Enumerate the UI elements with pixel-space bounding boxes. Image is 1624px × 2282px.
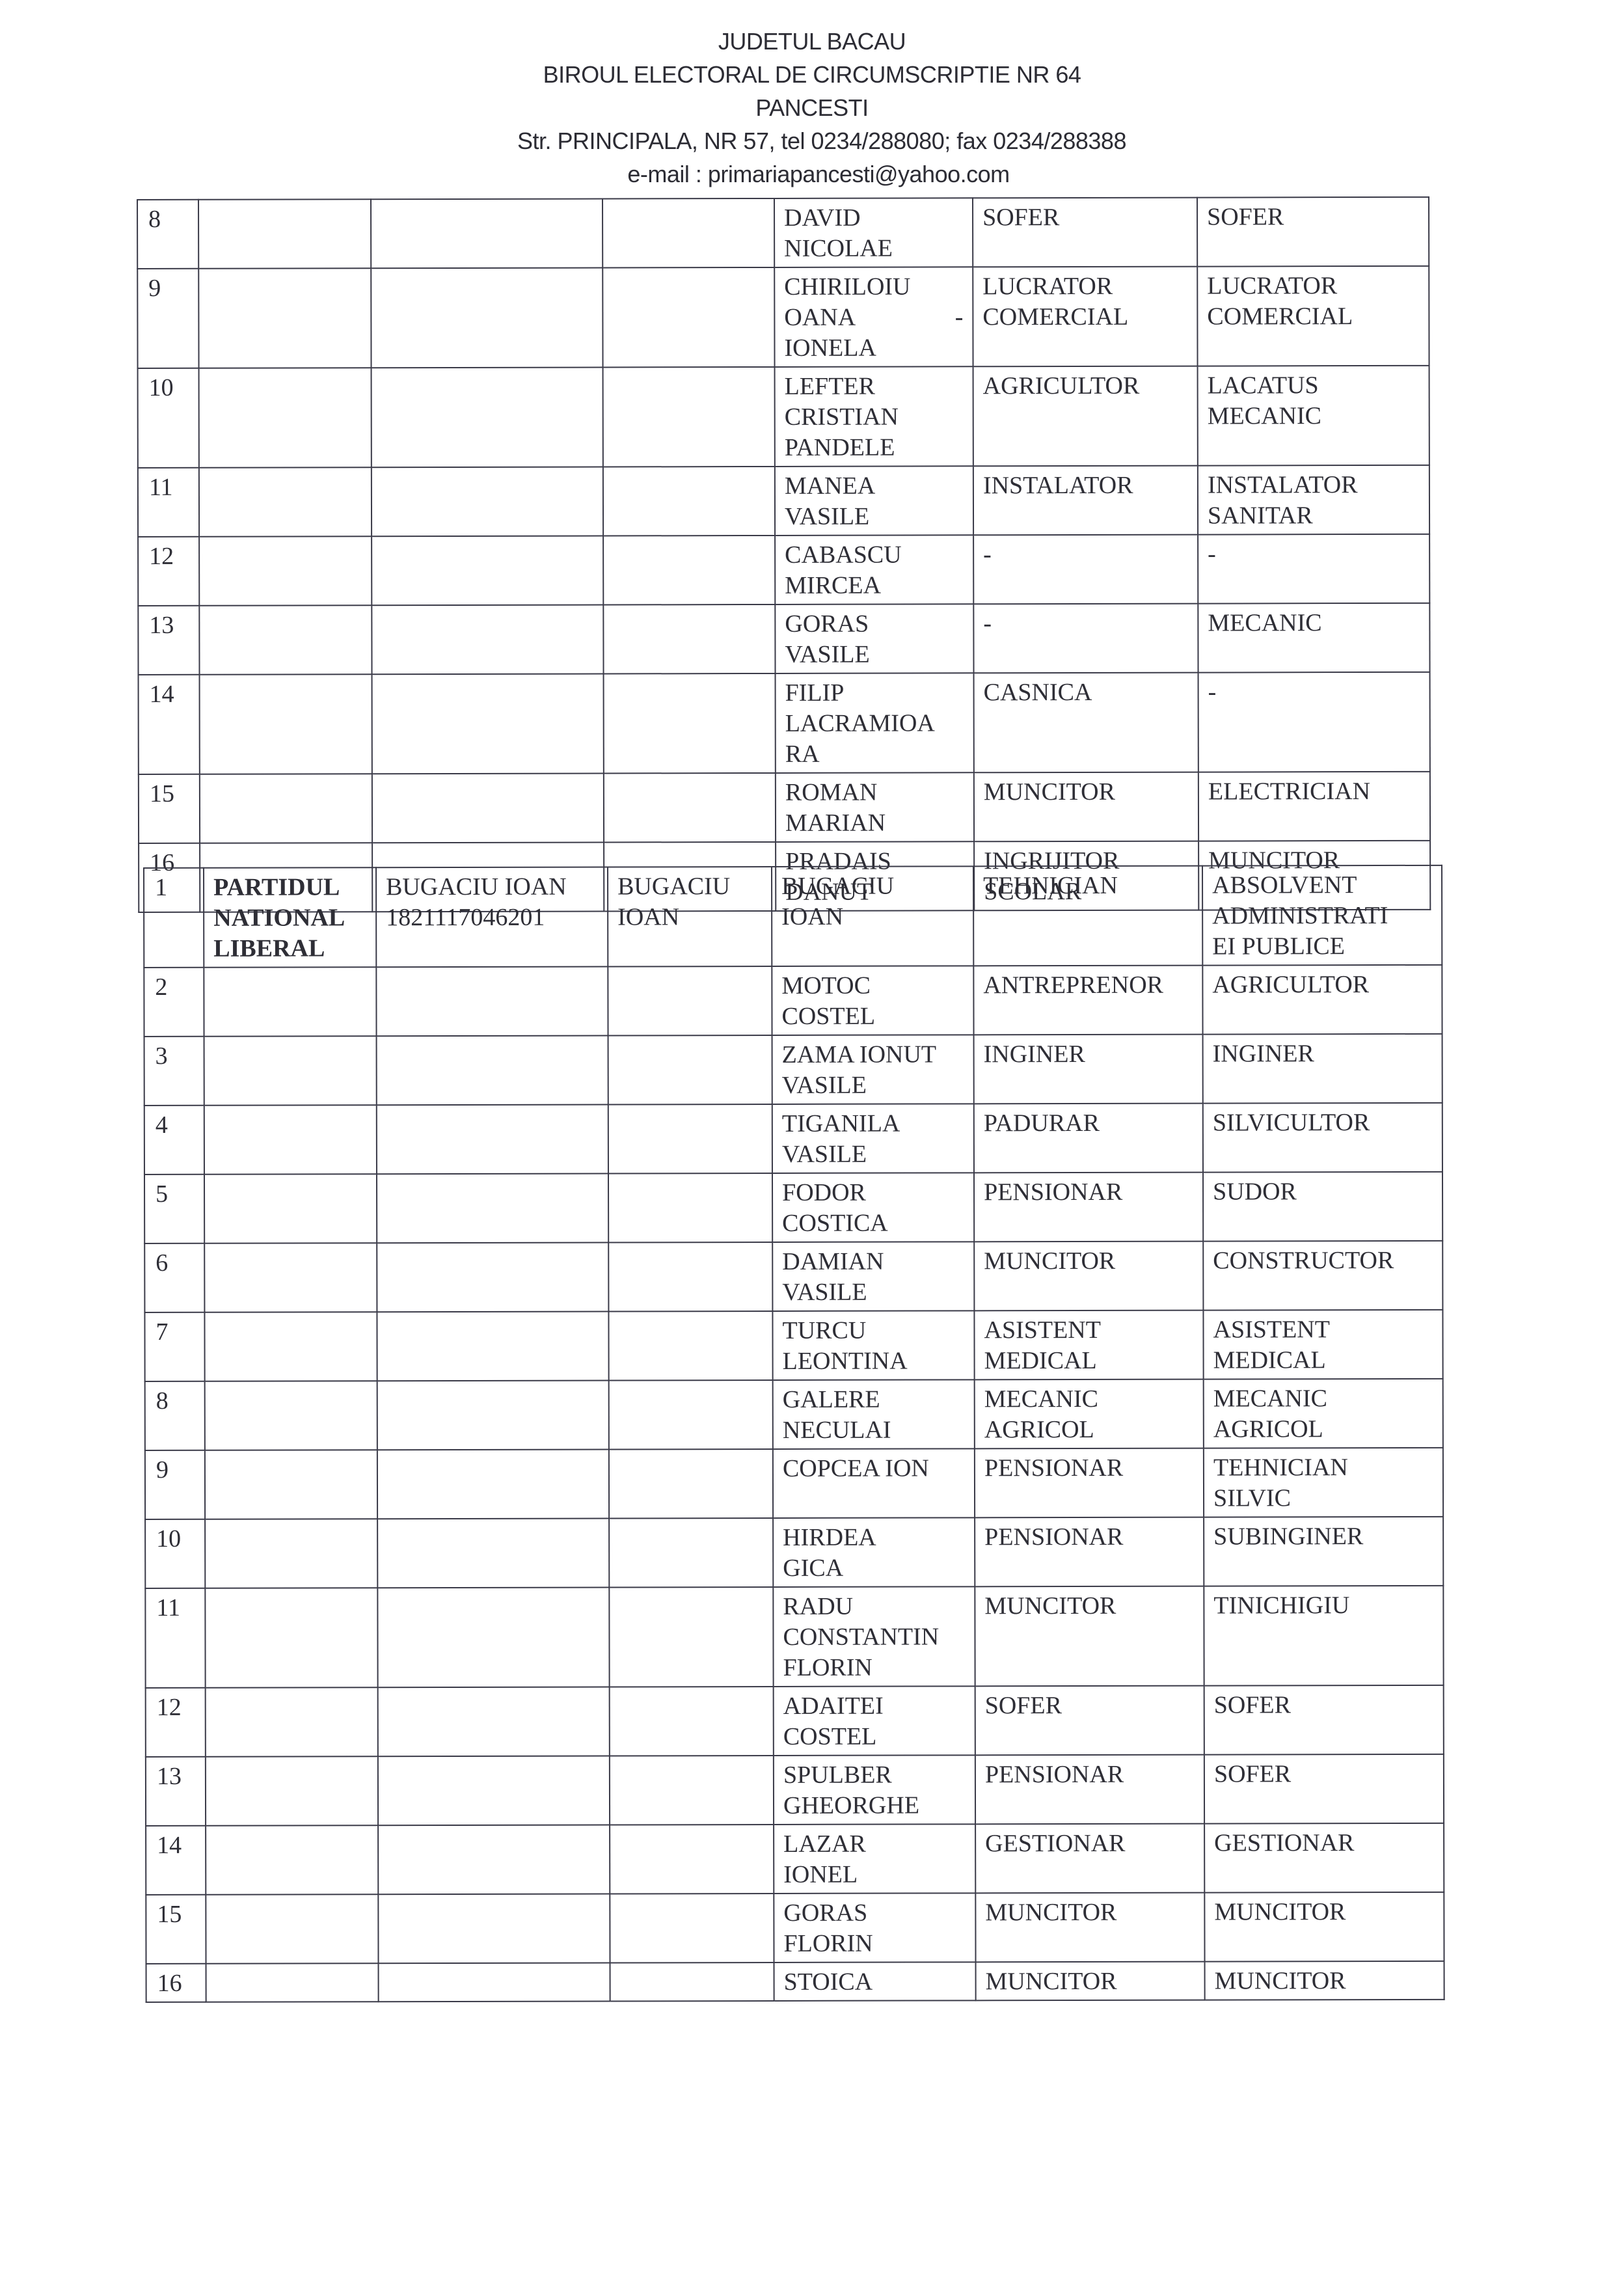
cell-text-line: NICOLAE <box>784 233 963 264</box>
occupation-cell: PENSIONAR <box>975 1755 1204 1825</box>
profession-cell: SUBINGINER <box>1204 1517 1443 1586</box>
occupation-cell: - <box>973 535 1198 604</box>
row-number-cell: 13 <box>146 1757 206 1826</box>
candidate-name-cell: STOICA <box>774 1962 976 2001</box>
cell-text-line: MARIAN <box>785 808 964 839</box>
occupation-cell: LUCRATORCOMERCIAL <box>973 267 1197 367</box>
candidate-name-cell: BUGACIUIOAN <box>772 866 973 966</box>
mandatary-cell <box>610 1756 774 1825</box>
cell-text-line: CRISTIAN <box>785 401 964 433</box>
party-cell <box>205 1450 377 1519</box>
party-cell <box>199 536 372 606</box>
mandatary-cell <box>609 1449 773 1519</box>
cell-text-line: ABSOLVENT <box>1212 870 1432 901</box>
mandatary-cell <box>603 467 775 536</box>
party-cell: PARTIDULNATIONALLIBERAL <box>204 867 376 968</box>
cell-text-line: LEFTER <box>785 371 964 402</box>
profession-cell: SILVICULTOR <box>1203 1103 1442 1173</box>
cell-text-line: ZAMA IONUT <box>782 1039 964 1070</box>
table-row: 10LEFTERCRISTIANPANDELEAGRICULTORLACATUS… <box>138 366 1429 468</box>
party-cell <box>206 1894 378 1964</box>
candidate-name-cell: ADAITEICOSTEL <box>774 1686 975 1756</box>
representative-cell <box>371 268 602 368</box>
party-cell <box>200 674 372 774</box>
candidate-name-cell: COPCEA ION <box>773 1448 975 1518</box>
cell-text-line: TINICHIGIU <box>1213 1590 1433 1622</box>
occupation-cell: ANTREPRENOR <box>973 966 1202 1035</box>
profession-cell: MUNCITOR <box>1205 1961 1444 2000</box>
profession-cell: ASISTENTMEDICAL <box>1203 1310 1442 1379</box>
table-row: 14FILIPLACRAMIOARACASNICA- <box>139 672 1430 774</box>
cell-text-line: CASNICA <box>984 677 1189 709</box>
row-number-cell: 12 <box>146 1688 206 1757</box>
representative-cell <box>377 1381 609 1450</box>
row-number-cell: 1 <box>144 868 204 968</box>
profession-cell: SOFER <box>1197 197 1429 267</box>
cell-text-line: GORAS <box>783 1897 966 1929</box>
party-cell <box>205 1381 377 1450</box>
cell-text-line: AGRICULTOR <box>983 371 1188 402</box>
cell-text-line: INSTALATOR <box>1208 470 1420 501</box>
representative-cell <box>378 1687 610 1757</box>
representative-cell <box>377 1588 609 1688</box>
cell-text-line: FODOR <box>782 1177 964 1208</box>
cell-text-line: 1821117046201 <box>386 903 598 934</box>
occupation-cell: INGINER <box>974 1035 1203 1104</box>
cell-text-line: INGINER <box>984 1039 1193 1070</box>
table-row: 10HIRDEAGICAPENSIONARSUBINGINER <box>145 1517 1443 1588</box>
candidate-name-cell: TIGANILAVASILE <box>772 1104 974 1173</box>
cell-text-line: VASILE <box>785 639 964 670</box>
profession-cell: - <box>1198 534 1429 604</box>
table-row: 4TIGANILAVASILEPADURARSILVICULTOR <box>144 1103 1442 1175</box>
representative-cell <box>378 1756 610 1826</box>
occupation-cell: MUNCITOR <box>974 1242 1203 1311</box>
candidate-name-cell: FILIPLACRAMIOARA <box>776 673 974 773</box>
occupation-cell: MUNCITOR <box>974 772 1198 842</box>
representative-cell <box>376 967 608 1037</box>
table-row: 12ADAITEICOSTELSOFERSOFER <box>146 1685 1444 1757</box>
cell-text-line: FLORIN <box>783 1928 966 1959</box>
row-number-cell: 9 <box>137 269 198 368</box>
cell-text-line: VASILE <box>785 501 964 532</box>
row-number-cell: 8 <box>145 1381 205 1450</box>
cell-text-line: NECULAI <box>783 1415 965 1446</box>
cell-text-line: MUNCITOR <box>1215 1966 1435 1997</box>
representative-cell <box>372 673 604 774</box>
candidate-name-cell: DAMIANVASILE <box>772 1242 974 1311</box>
representative-cell <box>372 773 604 843</box>
row-number-cell: 4 <box>144 1106 204 1175</box>
cell-text-line: LACRAMIOA <box>785 708 964 739</box>
representative-cell <box>372 467 603 536</box>
mandatary-cell <box>610 1687 774 1756</box>
candidate-name-cell: MANEAVASILE <box>775 466 973 536</box>
cell-text-line: PENSIONAR <box>984 1177 1193 1208</box>
cell-text-line: VASILE <box>782 1070 964 1101</box>
mandatary-cell <box>603 604 775 674</box>
table-row: 13GORASVASILE-MECANIC <box>138 603 1429 675</box>
representative-cell <box>372 604 603 674</box>
row-number-cell: 6 <box>144 1243 204 1312</box>
table-row: 6DAMIANVASILEMUNCITORCONSTRUCTOR <box>144 1241 1442 1312</box>
party-cell <box>204 1243 377 1312</box>
cell-text-line: ELECTRICIAN <box>1208 776 1420 808</box>
mandatary-cell <box>608 1242 772 1312</box>
occupation-cell: ASISTENTMEDICAL <box>974 1311 1203 1380</box>
occupation-cell: PENSIONAR <box>975 1517 1204 1587</box>
profession-cell: INGINER <box>1203 1034 1442 1104</box>
cell-text-line: MUNCITOR <box>986 1966 1195 1998</box>
party-cell <box>199 368 372 468</box>
party-cell <box>204 1105 377 1175</box>
county-title: JUDETUL BACAU <box>0 25 1624 58</box>
representative-cell <box>377 1519 609 1588</box>
cell-text-line: FILIP <box>785 677 964 709</box>
candidate-name-cell: LEFTERCRISTIANPANDELE <box>775 366 973 467</box>
profession-cell: GESTIONAR <box>1204 1823 1444 1893</box>
cell-text-line: MECANIC <box>1208 608 1420 639</box>
cell-text-line: MEDICAL <box>984 1346 1194 1377</box>
cell-text-line: LUCRATOR <box>1207 271 1419 302</box>
cell-text-line: COSTEL <box>783 1721 966 1752</box>
cell-text-line: ROMAN <box>785 777 964 808</box>
mandatary-cell <box>608 1173 772 1243</box>
cell-text-line: - <box>983 608 1188 640</box>
cell-text-line: SOFER <box>985 1691 1195 1722</box>
candidate-name-cell: LAZARIONEL <box>774 1824 975 1894</box>
party-cell <box>198 199 371 269</box>
profession-cell: TINICHIGIU <box>1204 1586 1443 1686</box>
cell-text-line: CONSTRUCTOR <box>1213 1245 1433 1277</box>
party-cell <box>199 467 372 537</box>
cell-text-line: SOFER <box>1207 202 1419 233</box>
cell-text-line: DAVID <box>784 202 963 234</box>
candidate-name-cell: RADUCONSTANTINFLORIN <box>773 1586 975 1687</box>
cell-text-line: SILVIC <box>1213 1483 1433 1514</box>
representative-cell <box>377 1105 608 1175</box>
cell-text-line: LUCRATOR <box>982 271 1187 303</box>
occupation-cell: SOFER <box>975 1686 1204 1756</box>
table-row: 13SPULBERGHEORGHEPENSIONARSOFER <box>146 1754 1444 1826</box>
cell-text-line: PANDELE <box>785 432 964 463</box>
table-row: 7TURCULEONTINAASISTENTMEDICALASISTENTMED… <box>144 1310 1442 1381</box>
cell-text-line: STOICA <box>784 1966 966 1998</box>
cell-text-line: CABASCU <box>785 539 964 571</box>
row-number-cell: 11 <box>145 1588 205 1688</box>
party-cell <box>206 1687 378 1757</box>
row-number-cell: 8 <box>137 200 198 269</box>
cell-text-line: MUNCITOR <box>1214 1897 1434 1928</box>
profession-cell: SUDOR <box>1203 1172 1442 1242</box>
cell-text-line: RA <box>785 739 964 770</box>
candidate-name-cell: MOTOCCOSTEL <box>772 966 973 1035</box>
candidate-name-cell: TURCULEONTINA <box>772 1311 974 1380</box>
cell-text-line: ADAITEI <box>783 1691 966 1722</box>
cell-text-line: SUBINGINER <box>1213 1521 1433 1553</box>
mandatary-cell <box>608 1035 772 1105</box>
cell-text-line: MECANIC <box>984 1384 1194 1415</box>
occupation-cell: MUNCITOR <box>976 1962 1205 2001</box>
party-cell <box>205 1519 377 1588</box>
cell-text-line: AGRICOL <box>984 1415 1194 1446</box>
cell-text-line: SOFER <box>1214 1759 1434 1790</box>
table-row: 8DAVIDNICOLAESOFERSOFER <box>137 197 1429 269</box>
profession-cell: LACATUSMECANIC <box>1198 366 1429 466</box>
table-row: 8GALERENECULAIMECANICAGRICOLMECANICAGRIC… <box>145 1379 1443 1450</box>
cell-text-line: - <box>1208 539 1420 570</box>
contact-email: e-mail : primariapancesti@yahoo.com <box>0 157 1624 191</box>
mandatary-cell <box>603 367 775 467</box>
cell-text-line: MANEA <box>785 470 964 502</box>
cell-text-line: MUNCITOR <box>984 777 1189 808</box>
cell-text-line: COMERCIAL <box>982 302 1187 333</box>
candidate-name-cell: ROMANMARIAN <box>776 772 974 842</box>
cell-text-line: MIRCEA <box>785 570 964 601</box>
profession-cell: TEHNICIANSILVIC <box>1204 1448 1443 1517</box>
cell-text-line: SOFER <box>982 202 1187 234</box>
cell-text-line: LACATUS <box>1208 370 1420 401</box>
mandatary-cell <box>602 198 774 268</box>
locality-title: PANCESTI <box>0 91 1624 124</box>
cell-text-line: TEHNICIAN <box>1213 1452 1433 1484</box>
cell-text-line: SOFER <box>1214 1690 1434 1721</box>
cell-text-line: NATIONAL <box>213 903 366 933</box>
mandatary-cell <box>603 536 775 605</box>
profession-cell: SOFER <box>1204 1754 1444 1824</box>
cell-text-line: ANTREPRENOR <box>983 970 1193 1001</box>
cell-text-line: LAZAR <box>783 1828 966 1860</box>
profession-cell: CONSTRUCTOR <box>1203 1241 1442 1311</box>
representative-cell <box>377 1174 608 1243</box>
table-row: 12CABASCUMIRCEA-- <box>138 534 1429 606</box>
occupation-cell: CASNICA <box>974 673 1198 773</box>
cell-text-line: GALERE <box>783 1384 965 1415</box>
cell-text-line: IONEL <box>783 1859 966 1890</box>
occupation-cell: AGRICULTOR <box>973 366 1198 467</box>
candidate-name-cell: SPULBERGHEORGHE <box>774 1755 975 1825</box>
mandatary-cell <box>604 773 776 843</box>
row-number-cell: 15 <box>139 774 200 843</box>
cell-text-line: MUNCITOR <box>984 1591 1194 1622</box>
representative-cell: BUGACIU IOAN1821117046201 <box>376 867 608 968</box>
cell-text-line: ASISTENT <box>1213 1314 1433 1346</box>
candidate-name-cell: GALERENECULAI <box>773 1379 975 1449</box>
occupation-cell: PADURAR <box>974 1104 1203 1173</box>
cell-text-line: PENSIONAR <box>985 1759 1195 1791</box>
party-cell <box>198 268 371 368</box>
mandatary-cell <box>608 1104 772 1174</box>
candidate-name-cell: ZAMA IONUTVASILE <box>772 1035 974 1104</box>
contact-address: Str. PRINCIPALA, NR 57, tel 0234/288080;… <box>0 124 1624 157</box>
mandatary-cell <box>609 1518 773 1588</box>
profession-cell: MECANICAGRICOL <box>1204 1379 1443 1448</box>
profession-cell: - <box>1198 672 1430 772</box>
cell-text-line: MECANIC <box>1208 401 1420 432</box>
cell-text-line: MUNCITOR <box>984 1246 1193 1277</box>
cell-text-line: EI PUBLICE <box>1212 931 1432 962</box>
cell-text-line: AGRICOL <box>1213 1414 1433 1445</box>
occupation-cell: MUNCITOR <box>975 1893 1204 1963</box>
cell-text-line: ASISTENT <box>984 1315 1193 1346</box>
cell-text-line: SPULBER <box>783 1759 966 1791</box>
mandatary-cell <box>610 1894 774 1963</box>
candidate-name-cell: GORASVASILE <box>775 604 973 673</box>
candidate-name-cell: CABASCUMIRCEA <box>775 535 973 604</box>
occupation-cell: PENSIONAR <box>974 1173 1203 1242</box>
profession-cell: MUNCITOR <box>1204 1892 1444 1962</box>
profession-cell: ABSOLVENTADMINISTRATIEI PUBLICE <box>1202 865 1442 966</box>
candidate-name-cell: FODORCOSTICA <box>772 1173 974 1242</box>
cell-text-line: LIBERAL <box>213 933 366 964</box>
mandatary-cell <box>604 673 776 774</box>
candidates-table-continued: 8DAVIDNICOLAESOFERSOFER9CHIRILOIUOANA-IO… <box>137 197 1431 913</box>
cell-text-line: GICA <box>783 1553 965 1584</box>
cell-text-line: MOTOC <box>781 970 964 1001</box>
cell-text-line: IONELA <box>784 333 963 364</box>
mandatary-cell <box>609 1587 773 1687</box>
row-number-cell: 3 <box>144 1037 204 1106</box>
occupation-cell: SOFER <box>973 198 1197 267</box>
mandatary-cell <box>608 966 772 1036</box>
occupation-cell: - <box>973 604 1198 673</box>
document-header: JUDETUL BACAU BIROUL ELECTORAL DE CIRCUM… <box>0 25 1624 191</box>
row-number-cell: 5 <box>144 1175 204 1243</box>
table-row: 9CHIRILOIUOANA-IONELALUCRATORCOMERCIALLU… <box>137 266 1429 368</box>
occupation-cell: PENSIONAR <box>975 1448 1204 1518</box>
party-cell <box>204 1312 377 1381</box>
party-cell <box>206 1756 378 1826</box>
cell-text-line: INGINER <box>1213 1039 1433 1070</box>
representative-cell <box>379 1963 610 2002</box>
party-cell <box>199 605 372 675</box>
cell-text-line: INSTALATOR <box>983 470 1188 502</box>
cell-text-line: FLORIN <box>783 1652 966 1683</box>
party-cell <box>206 1963 379 2002</box>
cell-text-line: RADU <box>783 1591 965 1622</box>
mandatary-cell <box>602 267 774 368</box>
table-row: 11RADUCONSTANTINFLORINMUNCITORTINICHIGIU <box>145 1586 1443 1688</box>
cell-text-line: VASILE <box>782 1277 964 1308</box>
cell-text-line: PENSIONAR <box>984 1453 1194 1484</box>
table-row: 5FODORCOSTICAPENSIONARSUDOR <box>144 1172 1442 1243</box>
representative-cell <box>378 1825 610 1895</box>
row-number-cell: 11 <box>138 468 199 537</box>
table-row: 15ROMANMARIANMUNCITORELECTRICIAN <box>139 772 1430 843</box>
row-number-cell: 2 <box>144 968 204 1037</box>
party-cell <box>204 1174 377 1243</box>
candidate-name-cell: GORASFLORIN <box>774 1893 975 1963</box>
cell-text-line: CONSTANTIN <box>783 1622 965 1653</box>
row-number-cell: 9 <box>145 1450 205 1519</box>
profession-cell: ELECTRICIAN <box>1198 772 1430 841</box>
cell-text-line: COSTICA <box>782 1208 964 1239</box>
candidates-table-pnl: 1PARTIDULNATIONALLIBERALBUGACIU IOAN1821… <box>143 865 1445 2003</box>
candidate-name-cell: CHIRILOIUOANA-IONELA <box>774 267 973 367</box>
cell-text-line: GORAS <box>785 608 964 640</box>
cell-text-line: SUDOR <box>1213 1176 1433 1208</box>
representative-cell <box>378 1894 610 1964</box>
occupation-cell: TEHNICIAN <box>973 866 1202 966</box>
representative-cell <box>377 1036 608 1106</box>
cell-text-line: BUGACIU IOAN <box>386 872 598 903</box>
cell-text-line: IOAN <box>781 901 964 932</box>
representative-cell <box>377 1450 609 1519</box>
row-number-cell: 14 <box>146 1826 206 1895</box>
cell-text-line: GESTIONAR <box>985 1828 1195 1860</box>
profession-cell: MECANIC <box>1198 603 1429 673</box>
table-row: 14LAZARIONELGESTIONARGESTIONAR <box>146 1823 1444 1895</box>
row-number-cell: 13 <box>138 606 199 675</box>
representative-cell <box>371 199 602 269</box>
row-number-cell: 12 <box>138 537 199 606</box>
representative-cell <box>372 367 603 467</box>
cell-text-line: COSTEL <box>781 1001 964 1032</box>
party-cell <box>205 1588 377 1688</box>
cell-text-line: PADURAR <box>984 1108 1193 1139</box>
cell-text-line: - <box>983 539 1188 571</box>
representative-cell <box>377 1243 608 1312</box>
table-row: 9COPCEA IONPENSIONARTEHNICIANSILVIC <box>145 1448 1443 1519</box>
occupation-cell: GESTIONAR <box>975 1824 1204 1894</box>
cell-text-line: GESTIONAR <box>1214 1828 1434 1859</box>
candidate-name-cell: HIRDEAGICA <box>773 1517 975 1587</box>
cell-text-line: TEHNICIAN <box>983 871 1193 902</box>
cell-text-line: TURCU <box>782 1315 964 1346</box>
cell-text-line: GHEORGHE <box>783 1790 966 1821</box>
profession-cell: INSTALATORSANITAR <box>1198 465 1429 535</box>
row-number-cell: 14 <box>139 675 200 774</box>
cell-text-line: MUNCITOR <box>985 1897 1195 1929</box>
table-row: 11MANEAVASILEINSTALATORINSTALATORSANITAR <box>138 465 1429 537</box>
row-number-cell: 15 <box>146 1895 206 1964</box>
mandatary-cell <box>609 1380 773 1450</box>
table-row: 2MOTOCCOSTELANTREPRENORAGRICULTOR <box>144 965 1442 1037</box>
mandatary-cell: BUGACIUIOAN <box>608 867 772 967</box>
table-row: 1PARTIDULNATIONALLIBERALBUGACIU IOAN1821… <box>144 865 1442 968</box>
cell-text-line: COPCEA ION <box>783 1453 965 1484</box>
cell-text-line: VASILE <box>782 1139 964 1170</box>
occupation-cell: MUNCITOR <box>975 1586 1204 1687</box>
occupation-cell: INSTALATOR <box>973 466 1198 536</box>
cell-text-line: OANA- <box>784 302 963 333</box>
row-number-cell: 7 <box>144 1312 204 1381</box>
mandatary-cell <box>610 1963 774 2002</box>
cell-text-line: IOAN <box>617 902 762 932</box>
cell-text-line: SILVICULTOR <box>1213 1107 1433 1139</box>
profession-cell: SOFER <box>1204 1685 1444 1755</box>
row-number-cell: 16 <box>146 1964 206 2002</box>
cell-text-line: AGRICULTOR <box>1212 970 1432 1001</box>
profession-cell: AGRICULTOR <box>1202 965 1442 1035</box>
table-row: 15GORASFLORINMUNCITORMUNCITOR <box>146 1892 1444 1964</box>
row-number-cell: 10 <box>145 1519 205 1588</box>
profession-cell: LUCRATORCOMERCIAL <box>1197 266 1429 366</box>
party-cell <box>206 1825 378 1895</box>
cell-text-line: CHIRILOIU <box>784 271 963 303</box>
table-row: 16STOICAMUNCITORMUNCITOR <box>146 1961 1444 2002</box>
cell-text-line: - <box>1208 677 1420 708</box>
representative-cell <box>372 536 603 605</box>
cell-text-line: LEONTINA <box>783 1346 965 1377</box>
cell-text-line: SANITAR <box>1208 500 1420 532</box>
cell-text-line: DAMIAN <box>782 1246 964 1277</box>
row-number-cell: 10 <box>138 368 199 468</box>
cell-text-line: MECANIC <box>1213 1383 1433 1415</box>
cell-text-line: ADMINISTRATI <box>1212 901 1432 932</box>
occupation-cell: MECANICAGRICOL <box>975 1379 1204 1449</box>
cell-text-line: HIRDEA <box>783 1522 965 1553</box>
